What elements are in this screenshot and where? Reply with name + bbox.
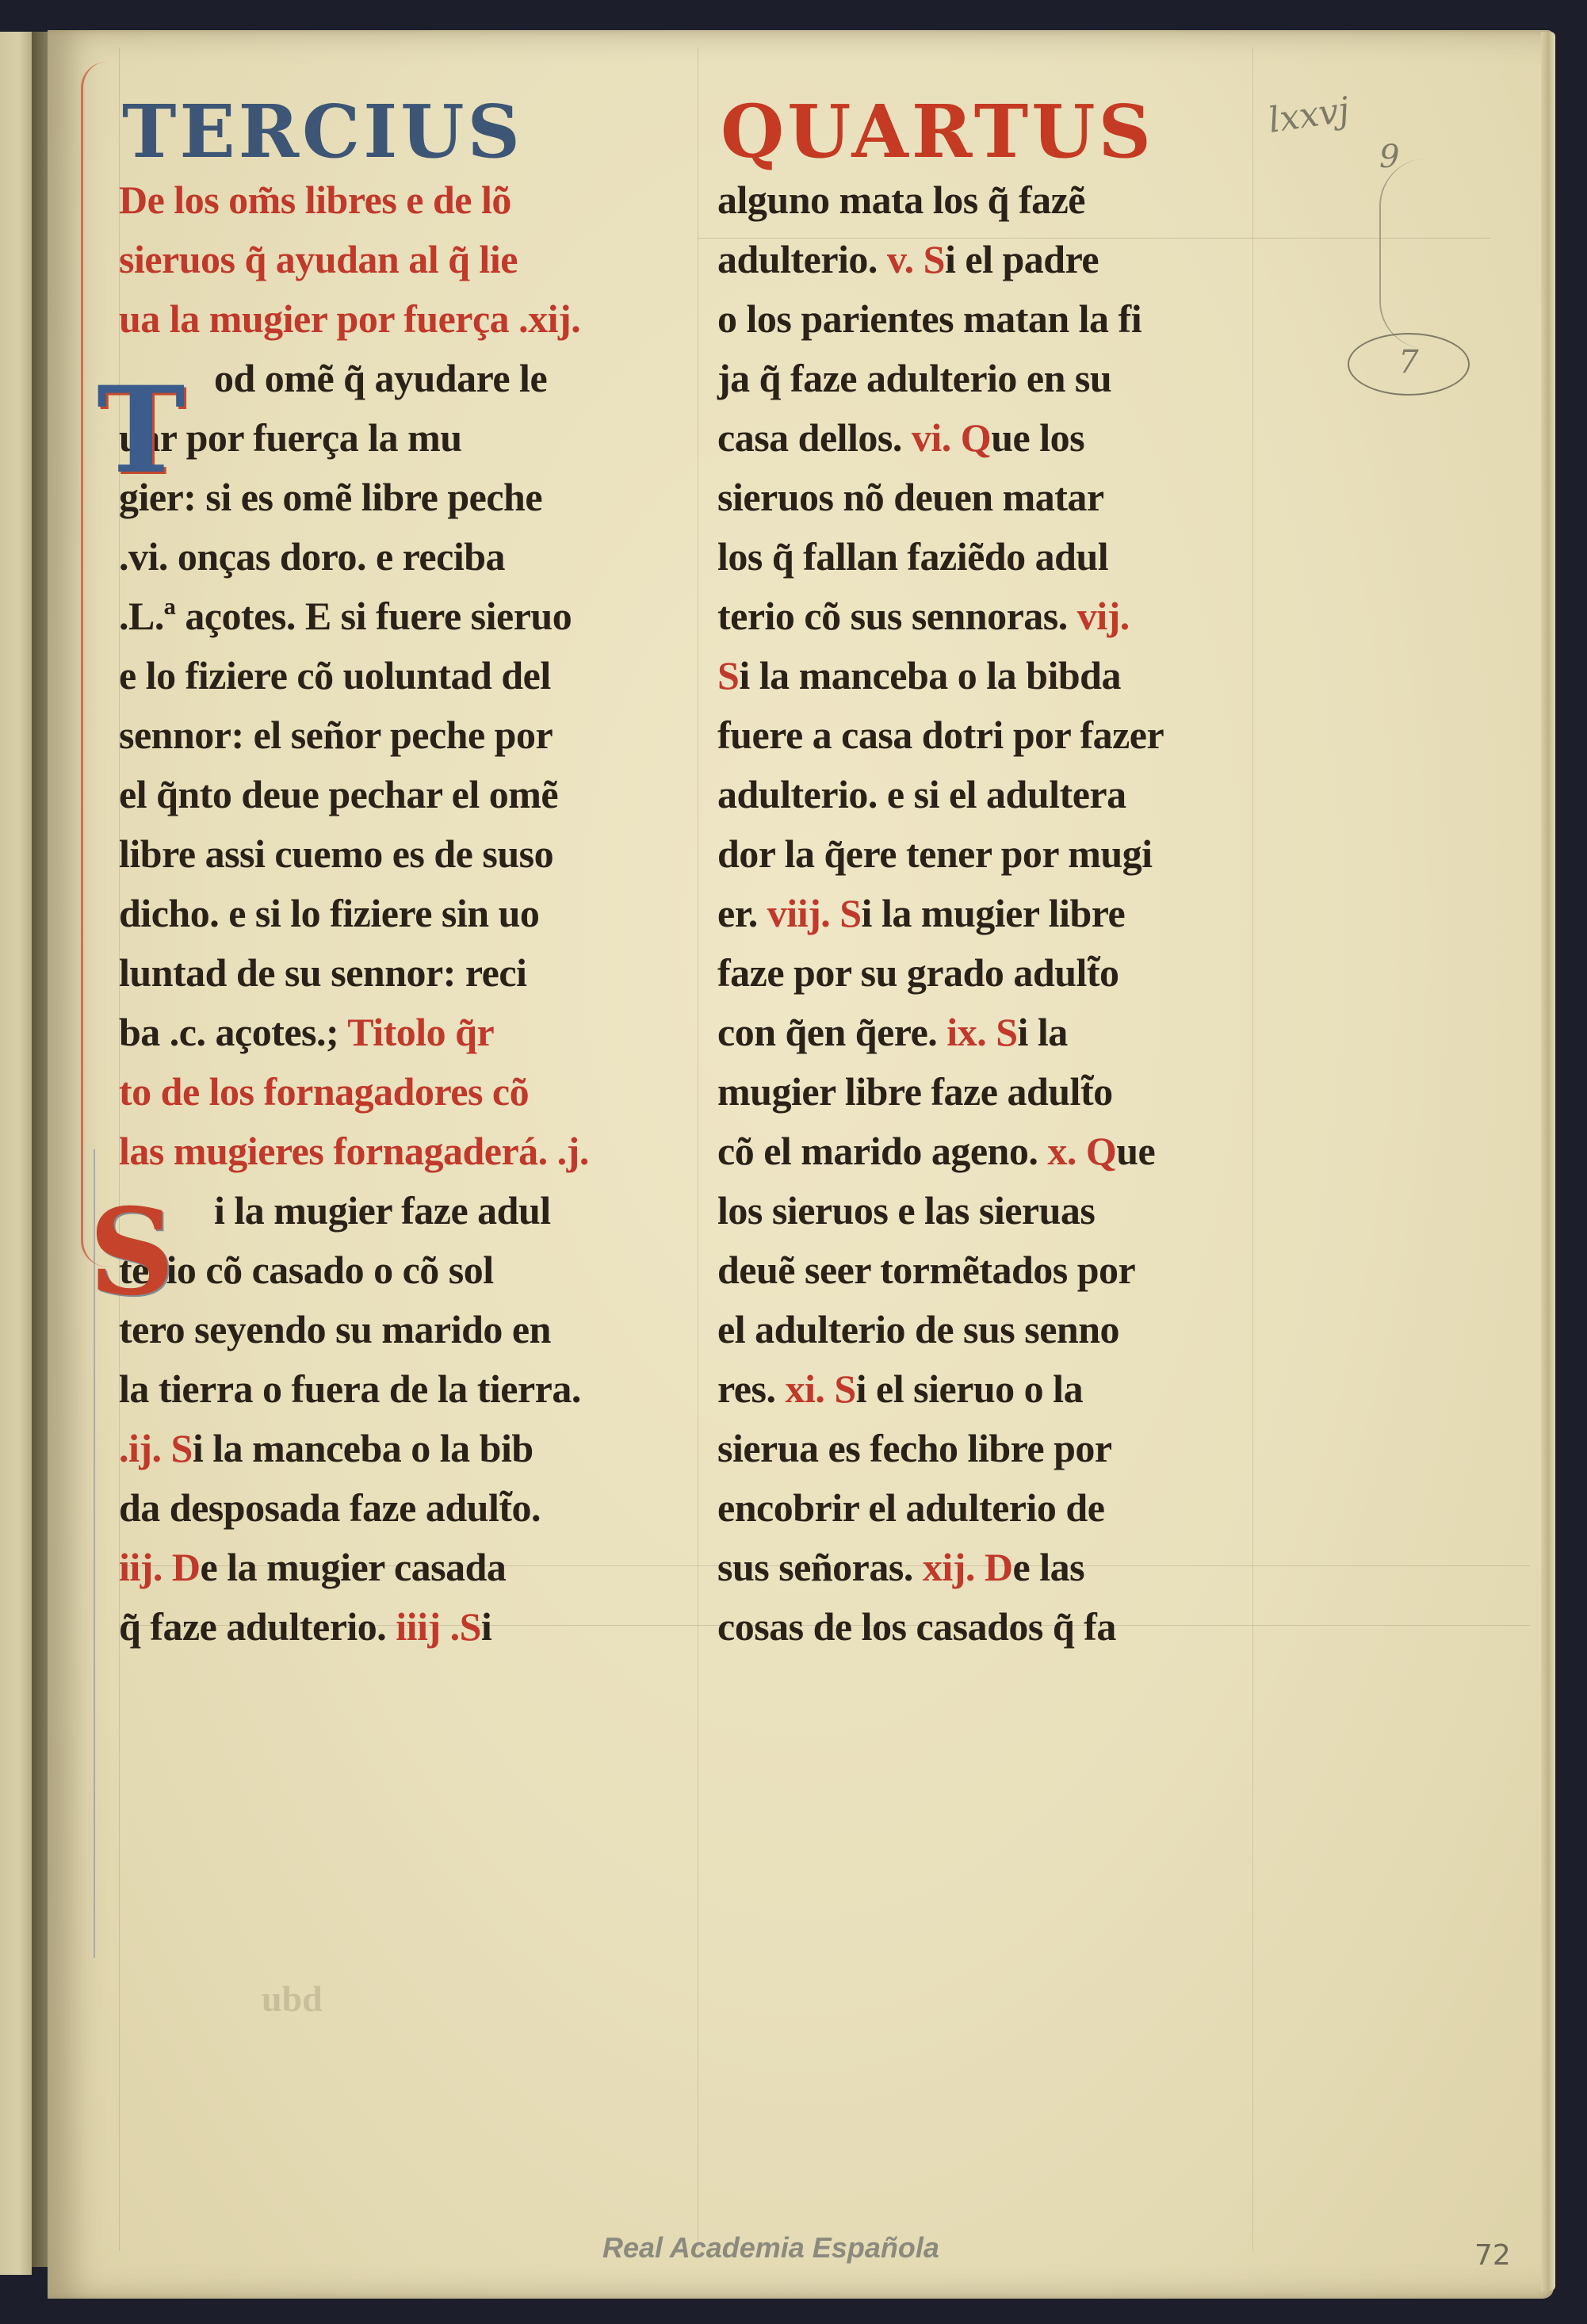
text-segment: er. (717, 891, 767, 935)
rubric-segment: v. S (887, 237, 945, 281)
text-line: faze por su grado adult̃o (717, 943, 1249, 1003)
text-segment: i la (1018, 1010, 1068, 1054)
right-column-text: alguno mata los q̃ fazẽadulterio. v. Si … (717, 170, 1249, 1657)
text-segment: e las (1013, 1545, 1085, 1589)
text-line: De los om̃s libres e de lõ (119, 170, 674, 230)
text-line: las mugieres fornagaderá. .j. (119, 1122, 674, 1181)
text-segment: res. (717, 1366, 785, 1411)
text-segment: ba .c. açotes.; (119, 1010, 347, 1054)
show-through-ink-mark: ubd (262, 1978, 323, 2020)
text-segment: terio cõ sus sennoras. (717, 594, 1077, 638)
text-line: sennor: el señor peche por (119, 705, 674, 765)
text-line: mugier libre faze adult̃o (717, 1062, 1249, 1122)
text-segment: i la manceba o la bibda (739, 653, 1121, 698)
text-line: sus señoras. xij. De las (717, 1538, 1249, 1597)
text-line: encobrir el adulterio de (717, 1478, 1249, 1538)
text-line: er. viij. Si la mugier libre (717, 884, 1249, 943)
decorated-initial-t: T (97, 371, 208, 498)
text-segment: i la mugier libre (862, 891, 1126, 935)
rubric-segment: iij. D (119, 1545, 201, 1589)
text-segment: con q̃en q̃ere. (717, 1010, 946, 1054)
text-line: terio cõ casado o cõ sol (119, 1240, 674, 1300)
text-line: adulterio. v. Si el padre (717, 230, 1249, 289)
text-line: dicho. e si lo fiziere sin uo (119, 884, 674, 943)
previous-page-edge (0, 32, 32, 2275)
running-title-right: QUARTUS (717, 79, 1249, 170)
rubric-segment: Titolo q̃r (347, 1010, 494, 1054)
text-line: terio cõ sus sennoras. vij. (717, 587, 1249, 646)
text-line: ba .c. açotes.; Titolo q̃r (119, 1003, 674, 1062)
text-line: i la mugier faze adul (119, 1181, 674, 1240)
text-line: o los parientes matan la fi (717, 289, 1249, 349)
text-line: los q̃ fallan faziẽdo adul (717, 527, 1249, 587)
text-line: ua la mugier por fuerça .xij. (119, 289, 674, 349)
text-segment: ue los (991, 415, 1084, 460)
text-line: tero seyendo su marido en (119, 1300, 674, 1359)
text-segment: i el padre (945, 237, 1099, 281)
rubric-segment: .ij. S (119, 1426, 193, 1470)
text-line: res. xi. Si el sieruo o la (717, 1359, 1249, 1419)
text-line: dor la q̃ere tener por mugi (717, 824, 1249, 884)
folio-number: 72 (1474, 2239, 1511, 2272)
rubric-segment: xij. D (923, 1545, 1013, 1589)
text-line: sieruos q̃ ayudan al q̃ lie (119, 230, 674, 289)
text-line: sieruos nõ deuen matar (717, 468, 1249, 527)
text-line: ja q̃ faze adulterio en su (717, 349, 1249, 408)
text-line: cosas de los casados q̃ fa (717, 1597, 1249, 1657)
text-line: .ij. Si la manceba o la bib (119, 1419, 674, 1478)
text-line: cõ el marido ageno. x. Que (717, 1122, 1249, 1181)
running-title-text: QUARTUS (717, 95, 1157, 170)
ruling-vertical-right (1252, 48, 1253, 2251)
text-line: .vi. onças doro. e reciba (119, 527, 674, 587)
rubric-segment: ix. S (946, 1010, 1017, 1054)
right-column: QUARTUS alguno mata los q̃ fazẽadulterio… (717, 79, 1249, 1657)
text-line: luntad de su sennor: reci (119, 943, 674, 1003)
text-line: alguno mata los q̃ fazẽ (717, 170, 1249, 230)
pen-scribble-mark (1379, 159, 1444, 349)
text-line: los sieruos e las sieruas (717, 1181, 1249, 1240)
text-line: sierua es fecho libre por (717, 1419, 1249, 1478)
text-line: casa dellos. vi. Que los (717, 408, 1249, 468)
text-segment: adulterio. (717, 237, 887, 281)
decorated-initial-s: S (89, 1193, 200, 1312)
text-line: adulterio. e si el adultera (717, 765, 1249, 824)
text-line: iij. De la mugier casada (119, 1538, 674, 1597)
text-segment: e la mugier casada (201, 1545, 507, 1589)
text-segment: i (481, 1604, 491, 1649)
rubric-segment: x. Q (1047, 1129, 1116, 1173)
rubric-segment: vi. Q (912, 415, 991, 460)
institution-watermark: Real Academia Española (602, 2231, 939, 2265)
red-penwork-flourish (81, 62, 107, 1267)
text-line: q̃ faze adulterio. iiij .Si (119, 1597, 674, 1657)
text-segment: ue (1116, 1129, 1155, 1173)
rubric-segment: vij. (1077, 594, 1130, 638)
text-segment: q̃ faze adulterio. (119, 1604, 396, 1649)
text-segment: cõ el marido ageno. (717, 1129, 1047, 1173)
margin-note-circled: 7 (1348, 333, 1470, 396)
text-line: Si la manceba o la bibda (717, 646, 1249, 705)
text-line: fuere a casa dotri por fazer (717, 705, 1249, 765)
text-line: da desposada faze adult̃o. (119, 1478, 674, 1538)
rubric-segment: iiij .S (396, 1604, 481, 1649)
ruling-vertical-mid (698, 48, 698, 2251)
running-title-left: TERCIUS (119, 79, 674, 170)
text-line: e lo fiziere cõ uoluntad del (119, 646, 674, 705)
rubric-segment: xi. S (785, 1366, 855, 1411)
text-line: la tierra o fuera de la tierra. (119, 1359, 674, 1419)
text-segment: i el sieruo o la (856, 1366, 1083, 1411)
text-line: libre assi cuemo es de suso (119, 824, 674, 884)
page-fore-edge (1541, 32, 1555, 2291)
left-column: TERCIUS De los om̃s libres e de lõsieruo… (119, 79, 674, 1657)
rubric-segment: S (717, 653, 739, 698)
text-line: to de los fornagadores cõ (119, 1062, 674, 1122)
text-line: el q̃nto deue pechar el omẽ (119, 765, 674, 824)
text-line: con q̃en q̃ere. ix. Si la (717, 1003, 1249, 1062)
text-segment: sus señoras. (717, 1545, 923, 1589)
text-line: el adulterio de sus senno (717, 1300, 1249, 1359)
text-segment: casa dellos. (717, 415, 912, 460)
rubric-segment: viij. S (767, 891, 862, 935)
running-title-text: TERCIUS (119, 95, 526, 170)
text-segment: i la manceba o la bib (193, 1426, 533, 1470)
text-line: .L.ª açotes. E si fuere sieruo (119, 587, 674, 646)
text-line: deuẽ seer tormẽtados por (717, 1240, 1249, 1300)
